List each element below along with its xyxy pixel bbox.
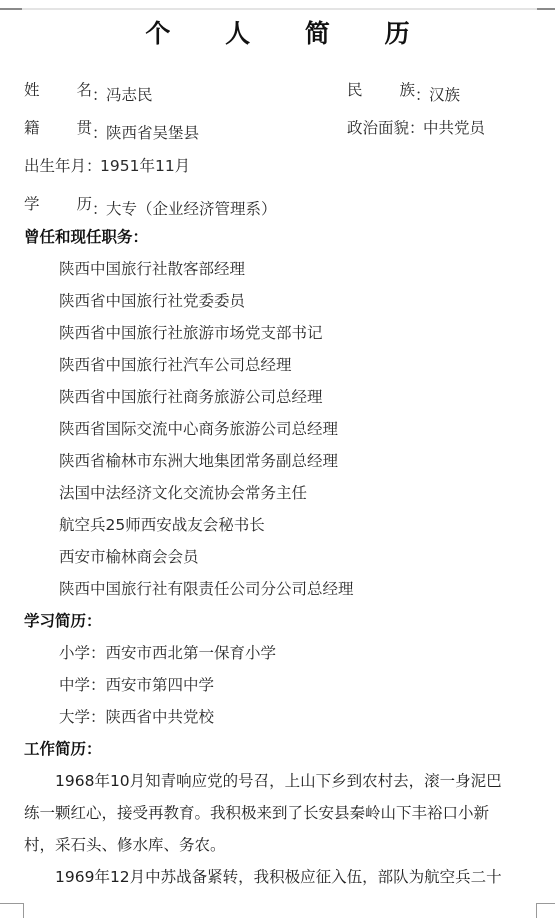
- page-title: 个 人 简 历: [0, 14, 555, 50]
- study-item: 大学：陕西省中共党校: [59, 707, 214, 727]
- position-item: 陕西省中国旅行社党委委员: [59, 291, 245, 311]
- field-ethnicity: 民 族 ：汉族: [347, 80, 460, 105]
- field-value: 冯志民: [106, 86, 153, 104]
- study-item: 中学：西安市第四中学: [59, 675, 214, 695]
- title-char: 个: [145, 14, 170, 50]
- position-item: 陕西省榆林市东洲大地集团常务副总经理: [59, 451, 338, 471]
- section-heading-positions: 曾任和现任职务：: [24, 227, 148, 247]
- position-item: 法国中法经济文化交流协会常务主任: [59, 483, 307, 503]
- position-item: 陕西省国际交流中心商务旅游公司总经理: [59, 419, 338, 439]
- field-label: 姓 名: [24, 80, 92, 100]
- field-native-place: 籍 贯 ：陕西省吴堡县: [24, 118, 199, 143]
- page-corner-mark-right: [536, 903, 555, 918]
- position-item: 陕西省中国旅行社商务旅游公司总经理: [59, 387, 323, 407]
- position-item: 陕西省中国旅行社旅游市场党支部书记: [59, 323, 323, 343]
- margin-mark-left: [0, 8, 22, 10]
- position-item: 陕西省中国旅行社汽车公司总经理: [59, 355, 292, 375]
- title-char: 简: [305, 14, 330, 50]
- title-char: 历: [385, 14, 410, 50]
- work-paragraph-line: 1969年12月中苏战备紧转，我积极应征入伍，部队为航空兵二十: [24, 867, 534, 887]
- field-value: 汉族: [429, 86, 460, 104]
- position-item: 航空兵25师西安战友会秘书长: [59, 515, 265, 535]
- field-value: 1951年11月: [100, 157, 190, 175]
- margin-mark-right: [537, 8, 555, 10]
- section-heading-study: 学习简历：: [24, 611, 102, 631]
- work-paragraph-line: 练一颗红心，接受再教育。我积极来到了长安县秦岭山下丰裕口小新: [24, 803, 534, 823]
- field-education: 学 历 ：大专（企业经济管理系）: [24, 194, 277, 219]
- page-corner-mark-left: [0, 903, 24, 918]
- field-label: 政治面貌: [347, 119, 409, 137]
- field-birth: 出生年月：1951年11月: [24, 156, 190, 176]
- position-item: 陕西中国旅行社散客部经理: [59, 259, 245, 279]
- position-item: 陕西中国旅行社有限责任公司分公司总经理: [59, 579, 354, 599]
- title-char: 人: [225, 14, 250, 50]
- field-label: 民 族: [347, 80, 415, 100]
- field-value: 大专（企业经济管理系）: [106, 200, 277, 218]
- work-paragraph-line: 1968年10月知青响应党的号召，上山下乡到农村去，滚一身泥巴: [24, 771, 534, 791]
- study-item: 小学：西安市西北第一保育小学: [59, 643, 276, 663]
- work-paragraph-line: 村，采石头、修水库、务农。: [24, 835, 534, 855]
- field-name: 姓 名 ：冯志民: [24, 80, 153, 105]
- page-top-rule: [0, 8, 555, 10]
- field-label: 出生年月: [24, 157, 86, 175]
- field-value: 陕西省吴堡县: [106, 124, 199, 142]
- section-heading-work: 工作简历：: [24, 739, 102, 759]
- field-label: 学 历: [24, 194, 92, 214]
- field-value: 中共党员: [423, 119, 485, 137]
- position-item: 西安市榆林商会会员: [59, 547, 199, 567]
- field-label: 籍 贯: [24, 118, 92, 138]
- field-political-status: 政治面貌：中共党员: [347, 118, 485, 138]
